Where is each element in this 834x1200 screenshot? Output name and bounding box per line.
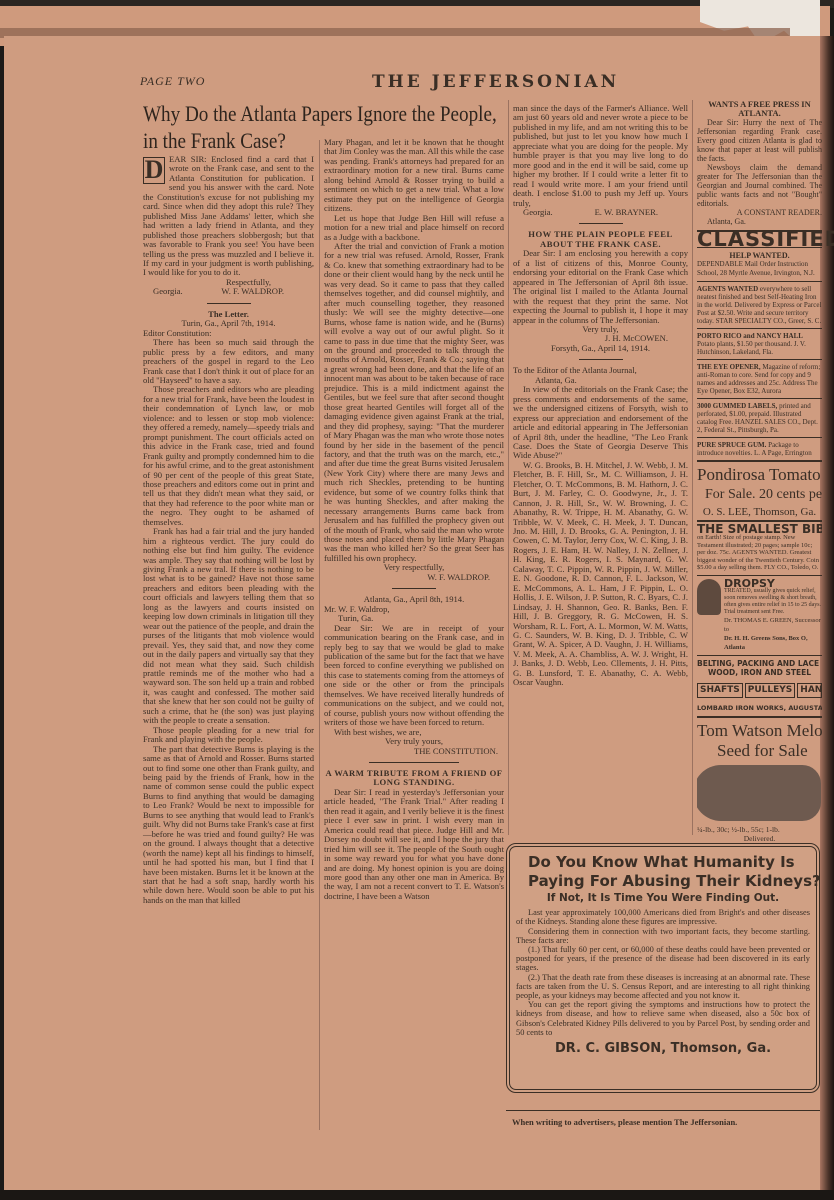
kidney-ad-subhead: If Not, It Is Time You Were Finding Out. bbox=[516, 894, 810, 903]
kidney-ad-headline: Paying For Abusing Their Kidneys? bbox=[528, 872, 810, 891]
divider bbox=[369, 762, 459, 763]
intro-letter: EAR SIR: Enclosed find a card that I wro… bbox=[143, 155, 314, 278]
dropsy-ad: DROPSY TREATED, usually gives quick reli… bbox=[697, 575, 822, 655]
classified-ad: HELP WANTED. DEPENDABLE Mail Order Instr… bbox=[697, 248, 822, 281]
column-3: man since the days of the Farmer's Allia… bbox=[513, 104, 688, 688]
kidney-ad-box: Do You Know What Humanity Is Paying For … bbox=[506, 843, 820, 1093]
free-press-headline: WANTS A FREE PRESS IN ATLANTA. bbox=[697, 100, 822, 118]
kidney-ad-paragraph: (1.) That fully 60 per cent, or 60,000 o… bbox=[516, 945, 810, 973]
advertiser-note: When writing to advertisers, please ment… bbox=[512, 1117, 737, 1127]
reply-signature: THE CONSTITUTION. bbox=[324, 747, 504, 756]
letter-paragraph: There has been so much said through the … bbox=[143, 338, 314, 385]
reply-body: Dear Sir: We are in receipt of your comm… bbox=[324, 624, 504, 728]
petition-text: In view of the editorials on the Frank C… bbox=[513, 385, 688, 461]
tribute-continued: man since the days of the Farmer's Allia… bbox=[513, 104, 688, 208]
plain-people-headline: HOW THE PLAIN PEOPLE FEEL ABOUT THE FRAN… bbox=[513, 230, 688, 249]
letter-paragraph: Frank has had a fair trial and the jury … bbox=[143, 527, 314, 726]
divider bbox=[392, 588, 436, 589]
scan-bottom-edge bbox=[0, 1190, 834, 1200]
classified-ad: AGENTS WANTED everywhere to sell neatest… bbox=[697, 281, 822, 328]
signers-list: W. G. Brooks, B. H. Mitchel, J. W. Webb,… bbox=[513, 461, 688, 688]
classified-banner: CLASSIFIED bbox=[697, 230, 822, 248]
free-press-signature: A CONSTANT READER. bbox=[697, 208, 822, 217]
free-press-body: Dear Sir: Hurry the next of The Jefferso… bbox=[697, 118, 822, 163]
classified-ad: PURE SPRUCE GUM. Package to introduce no… bbox=[697, 437, 822, 460]
smallest-bible-ad: THE SMALLEST BIBLE on Earth! Size of pos… bbox=[697, 520, 822, 575]
classified-ad: THE EYE OPENER, Magazine of reform; anti… bbox=[697, 359, 822, 398]
divider bbox=[207, 303, 251, 304]
kidney-ad-paragraph: (2.) That the death rate from these dise… bbox=[516, 973, 810, 1001]
column-separator bbox=[319, 140, 320, 1130]
column-1: D EAR SIR: Enclosed find a card that I w… bbox=[143, 155, 314, 905]
kidney-ad-signature: DR. C. GIBSON, Thomson, Ga. bbox=[516, 1044, 810, 1053]
column-2: Mary Phagan, and let it be known that he… bbox=[324, 138, 504, 901]
letter-paragraph: Those people pleading for a new trial fo… bbox=[143, 726, 314, 745]
signature: W. F. WALDROP. bbox=[324, 573, 504, 582]
dateline: Forsyth, Ga., April 14, 1914. bbox=[513, 344, 688, 353]
place: Georgia. bbox=[523, 208, 553, 217]
binding-gutter bbox=[820, 36, 834, 1200]
watermelon-illustration bbox=[697, 765, 821, 821]
newspaper-title: THE JEFFERSONIAN bbox=[372, 72, 619, 92]
signature: W. F. WALDROP. bbox=[221, 287, 284, 296]
divider bbox=[579, 359, 623, 360]
column-separator bbox=[692, 100, 693, 835]
letter-paragraph: Those preachers and editors who are plea… bbox=[143, 385, 314, 527]
kidney-ad-headline: Do You Know What Humanity Is bbox=[528, 853, 810, 872]
signature: E. W. BRAYNER. bbox=[595, 208, 658, 217]
tribute-headline: A WARM TRIBUTE FROM A FRIEND OF LONG STA… bbox=[324, 769, 504, 788]
tomato-plants-ad: Pondirosa Tomato Plants For Sale. 20 cen… bbox=[697, 460, 822, 520]
advertising-column: WANTS A FREE PRESS IN ATLANTA. Dear Sir:… bbox=[697, 100, 822, 855]
classified-ad: 3000 GUMMED LABELS, printed and perforat… bbox=[697, 398, 822, 437]
column-separator bbox=[508, 100, 509, 835]
continued-paragraph: After the trial and conviction of Frank … bbox=[324, 242, 504, 563]
drop-cap: D bbox=[143, 157, 165, 184]
free-press-body: Newsboys claim the demand greater for Th… bbox=[697, 163, 822, 208]
place: Georgia. bbox=[153, 287, 183, 296]
kidney-ad-paragraph: Last year approximately 100,000 American… bbox=[516, 908, 810, 926]
tribute-body: Dear Sir: I read in yesterday's Jefferso… bbox=[324, 788, 504, 901]
free-press-place: Atlanta, Ga. bbox=[697, 217, 822, 226]
page-number-label: PAGE TWO bbox=[140, 74, 205, 89]
kidney-ad-paragraph: Considering them in connection with two … bbox=[516, 927, 810, 945]
kidney-ad-paragraph: You can get the report giving the sympto… bbox=[516, 1000, 810, 1037]
letter-paragraph: The part that detective Burns is playing… bbox=[143, 745, 314, 906]
continued-paragraph: Mary Phagan, and let it be known that he… bbox=[324, 138, 504, 214]
signature-line: Georgia. W. F. WALDROP. bbox=[143, 287, 314, 296]
classified-ad: PORTO RICO and NANCY HALL Potato plants,… bbox=[697, 328, 822, 359]
belting-ad: BELTING, PACKING AND LACE WOOD, IRON AND… bbox=[697, 655, 822, 716]
page-header: PAGE TWO THE JEFFERSONIAN bbox=[140, 72, 820, 94]
portrait-illustration bbox=[697, 579, 721, 615]
divider bbox=[579, 223, 623, 224]
melon-seed-ad: Tom Watson Melon Seed for Sale ¼-lb., 30… bbox=[697, 716, 822, 855]
continued-paragraph: Let us hope that Judge Ben Hill will ref… bbox=[324, 214, 504, 242]
shafts-pulleys-banner: SHAFTS PULLEYS HANGERS bbox=[697, 683, 822, 698]
signature-line: Georgia. E. W. BRAYNER. bbox=[513, 208, 688, 217]
plain-people-body: Dear Sir: I am enclosing you herewith a … bbox=[513, 249, 688, 325]
footer-divider bbox=[506, 1110, 820, 1111]
